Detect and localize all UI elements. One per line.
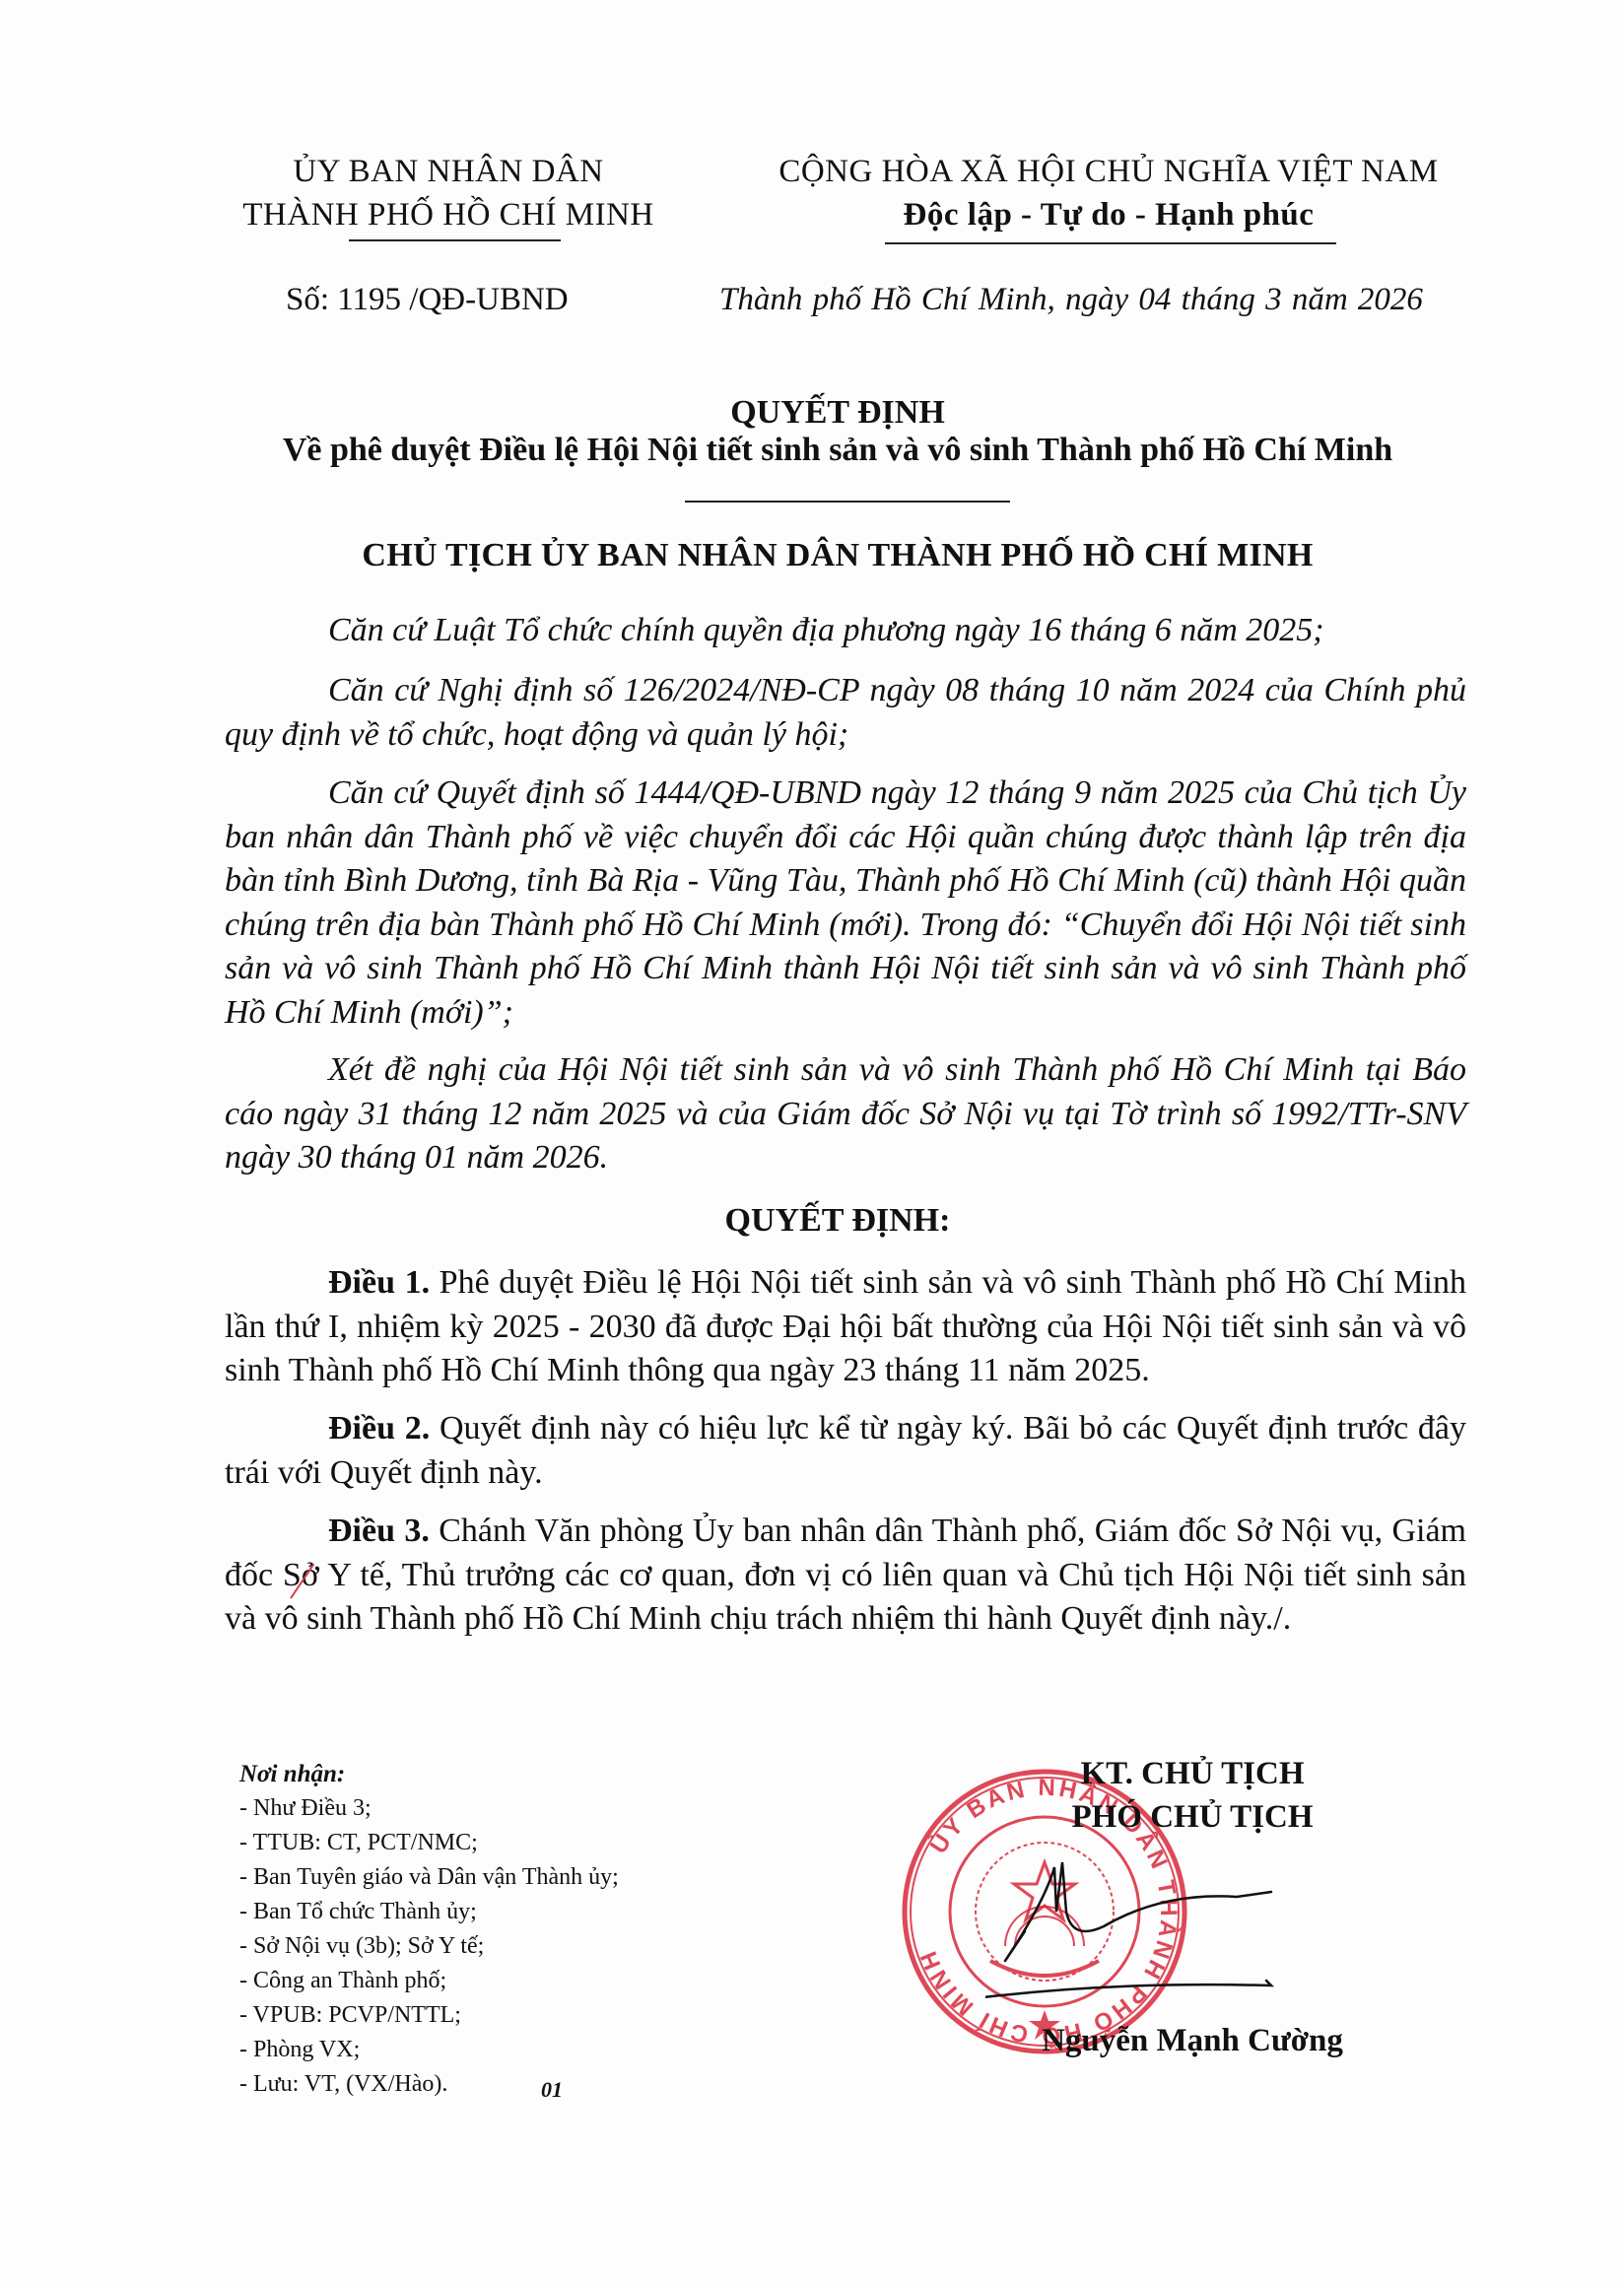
preamble-text: Xét đề nghị của Hội Nội tiết sinh sản và… [225,1048,1466,1180]
recipient-item: - Như Điều 3; [239,1791,619,1826]
preamble-1: Căn cứ Luật Tổ chức chính quyền địa phươ… [225,609,1466,653]
signature-position: PHÓ CHỦ TỊCH [985,1795,1399,1839]
recipient-item: - Công an Thành phố; [239,1964,619,1998]
article-label: Điều 2. [328,1410,430,1446]
issuer-line-2: THÀNH PHỐ HỒ CHÍ MINH [212,193,685,236]
place-date: Thành phố Hồ Chí Minh, ngày 04 tháng 3 n… [719,282,1423,318]
article-label: Điều 3. [328,1513,430,1549]
handwritten-signature-icon [985,1843,1399,2040]
preamble-text: Căn cứ Luật Tổ chức chính quyền địa phươ… [225,609,1466,653]
recipient-item: - TTUB: CT, PCT/NMC; [239,1826,619,1860]
document-subject: Về phê duyệt Điều lệ Hội Nội tiết sinh s… [197,432,1478,469]
recipient-item: - Ban Tổ chức Thành ủy; [239,1895,619,1929]
recipient-item: - Sở Nội vụ (3b); Sở Y tế; [239,1929,619,1964]
issuer-block: ỦY BAN NHÂN DÂN THÀNH PHỐ HỒ CHÍ MINH [212,150,685,236]
recipients-block: Nơi nhận: - Như Điều 3; - TTUB: CT, PCT/… [239,1757,619,2102]
issuing-authority: CHỦ TỊCH ỦY BAN NHÂN DÂN THÀNH PHỐ HỒ CH… [197,537,1478,574]
article-3: Điều 3. Chánh Văn phòng Ủy ban nhân dân … [225,1510,1466,1642]
article-1: Điều 1. Phê duyệt Điều lệ Hội Nội tiết s… [225,1261,1466,1393]
decision-heading: QUYẾT ĐỊNH: [197,1202,1478,1240]
motto-underline [885,242,1336,244]
title-underline [685,501,1010,503]
preamble-3: Căn cứ Quyết định số 1444/QĐ-UBND ngày 1… [225,772,1466,1035]
signature-on-behalf: KT. CHỦ TỊCH [985,1752,1399,1795]
preamble-text: Căn cứ Quyết định số 1444/QĐ-UBND ngày 1… [225,772,1466,1035]
article-2: Điều 2. Quyết định này có hiệu lực kể từ… [225,1407,1466,1495]
recipient-item: - Phòng VX; [239,2033,619,2067]
preamble-4: Xét đề nghị của Hội Nội tiết sinh sản và… [225,1048,1466,1180]
handwritten-note: 01 [541,2077,563,2103]
nation-name: CỘNG HÒA XÃ HỘI CHỦ NGHĨA VIỆT NAM [714,150,1503,193]
preamble-text: Căn cứ Nghị định số 126/2024/NĐ-CP ngày … [225,669,1466,757]
preamble-2: Căn cứ Nghị định số 126/2024/NĐ-CP ngày … [225,669,1466,757]
document-type: QUYẾT ĐỊNH [197,390,1478,436]
recipients-label: Nơi nhận: [239,1757,619,1791]
nation-motto: Độc lập - Tự do - Hạnh phúc [714,193,1503,236]
issuer-underline [349,239,561,241]
signature-title: KT. CHỦ TỊCH PHÓ CHỦ TỊCH [985,1752,1399,1839]
article-label: Điều 1. [328,1264,430,1301]
nation-block: CỘNG HÒA XÃ HỘI CHỦ NGHĨA VIỆT NAM Độc l… [714,150,1503,236]
issuer-line-1: ỦY BAN NHÂN DÂN [212,150,685,193]
recipient-item: - VPUB: PCVP/NTTL; [239,1998,619,2033]
document-number: Số: 1195 /QĐ-UBND [286,282,569,318]
signer-name: Nguyễn Mạnh Cường [985,2023,1399,2059]
recipient-item: - Ban Tuyên giáo và Dân vận Thành ủy; [239,1860,619,1895]
recipients-list: - Như Điều 3; - TTUB: CT, PCT/NMC; - Ban… [239,1791,619,2102]
